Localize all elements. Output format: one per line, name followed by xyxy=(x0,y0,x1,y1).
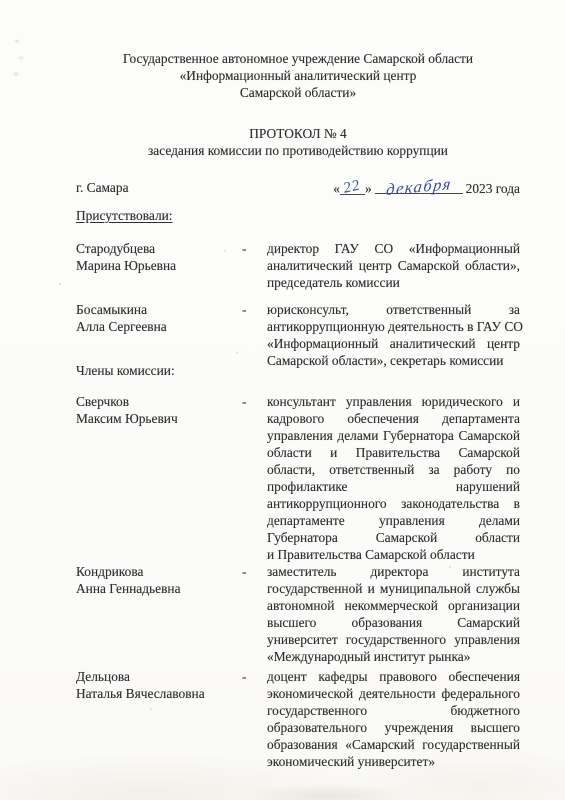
attendee-name-line: Сверчков xyxy=(76,393,242,410)
scanned-protocol-page: Государственное автономное учреждение Са… xyxy=(0,0,565,800)
attendee-name-line: Кондрикова xyxy=(76,563,242,580)
handwritten-month: декабря xyxy=(385,175,453,198)
title-block: ПРОТОКОЛ № 4 заседания комиссии по проти… xyxy=(76,125,520,159)
attendee-role-line: области и Правительства Самарской xyxy=(267,444,520,461)
separator-dash: - xyxy=(242,240,267,257)
attendee-role-line: образовательного учреждения высшего xyxy=(267,719,520,736)
close-quote: » xyxy=(365,181,372,196)
scan-smudge xyxy=(10,34,30,82)
attendee-role-line: и Правительства Самарской области xyxy=(267,546,520,563)
attendee-name-line: Стародубцева xyxy=(76,240,242,257)
attendee-role-line: кадрового обеспечения департамента xyxy=(267,410,520,427)
attendee-role-line: Самарской области», секретарь комиссии xyxy=(267,352,520,369)
org-name-line: Самарской области» xyxy=(76,84,520,101)
date-group: «22»декабря2023 года xyxy=(333,179,520,197)
attendee-role: консультант управления юридического икад… xyxy=(267,393,520,563)
dateline: г. Самара «22»декабря2023 года xyxy=(76,179,520,196)
attendees-heading: Присутствовали: xyxy=(76,207,520,224)
org-name-line: Государственное автономное учреждение Са… xyxy=(76,50,520,67)
attendee-role-line: профилактике нарушений xyxy=(267,478,520,495)
attendee-role: юрисконсульт, ответственный заантикорруп… xyxy=(267,301,520,369)
leadership-rows: СтародубцеваМарина Юрьевна-директор ГАУ … xyxy=(76,240,520,369)
attendee-role-line: доцент кафедры правового обеспечения xyxy=(267,668,520,685)
attendee-name: КондриковаАнна Геннадьевна xyxy=(76,563,242,597)
attendee-role-line: антикоррупционную деятельность в ГАУ СО xyxy=(267,318,520,335)
attendee-role-line: департаменте управления делами xyxy=(267,512,520,529)
members-rows: СверчковМаксим Юрьевич-консультант управ… xyxy=(76,393,520,770)
separator-dash: - xyxy=(242,668,267,685)
attendee-role: заместитель директора институтагосударст… xyxy=(267,563,520,665)
attendee-role-line: образования «Самарский государственный xyxy=(267,736,520,753)
attendee-row: ДельцоваНаталья Вячеславовна-доцент кафе… xyxy=(76,668,520,770)
city-label: г. Самара xyxy=(76,179,129,196)
attendee-role-line: области, ответственный за работу по xyxy=(267,461,520,478)
attendee-role-line: аналитический центр Самарской области», xyxy=(267,257,520,274)
attendee-name-line: Анна Геннадьевна xyxy=(76,580,242,597)
attendee-name-line: Дельцова xyxy=(76,668,242,685)
attendee-role-line: «Информационный аналитический центр xyxy=(267,335,520,352)
attendee-role-line: Губернатора Самарской области xyxy=(267,529,520,546)
attendee-row: СверчковМаксим Юрьевич-консультант управ… xyxy=(76,393,520,563)
attendee-role-line: председатель комиссии xyxy=(267,274,520,291)
document-subtitle: заседания комиссии по противодействию ко… xyxy=(76,142,520,159)
attendee-role-line: экономический университет» xyxy=(267,753,520,770)
document-title: ПРОТОКОЛ № 4 xyxy=(76,125,520,142)
attendee-role-line: управления делами Губернатора Самарской xyxy=(267,427,520,444)
attendee-name: ДельцоваНаталья Вячеславовна xyxy=(76,668,242,702)
attendee-role-line: «Международный институт рынка» xyxy=(267,648,520,665)
attendee-role-line: директор ГАУ СО «Информационный xyxy=(267,240,520,257)
attendee-name-line: Максим Юрьевич xyxy=(76,410,242,427)
month-blank-underline: декабря xyxy=(375,179,463,194)
attendee-role-line: антикоррупционного законодательства в xyxy=(267,495,520,512)
year-suffix: 2023 года xyxy=(466,181,520,196)
attendee-row: КондриковаАнна Геннадьевна-заместитель д… xyxy=(76,563,520,665)
attendee-role-line: государственного бюджетного xyxy=(267,702,520,719)
attendee-role-line: высшего образования Самарский xyxy=(267,614,520,631)
scan-speck xyxy=(59,283,61,285)
attendee-name: СверчковМаксим Юрьевич xyxy=(76,393,242,427)
attendee-name: БосамыкинаАлла Сергеевна xyxy=(76,301,242,335)
attendee-row: БосамыкинаАлла Сергеевна-юрисконсульт, о… xyxy=(76,301,520,369)
attendee-name-line: Марина Юрьевна xyxy=(76,257,242,274)
org-header: Государственное автономное учреждение Са… xyxy=(76,0,520,101)
attendee-name: СтародубцеваМарина Юрьевна xyxy=(76,240,242,274)
attendee-role-line: государственной и муниципальной службы xyxy=(267,580,520,597)
attendee-row: СтародубцеваМарина Юрьевна-директор ГАУ … xyxy=(76,240,520,291)
attendee-role-line: автономной некоммерческой организации xyxy=(267,597,520,614)
attendee-name-line: Наталья Вячеславовна xyxy=(76,685,242,702)
day-blank-underline: 22 xyxy=(340,180,365,195)
attendee-role-line: юрисконсульт, ответственный за xyxy=(267,301,520,318)
members-heading-text: Члены комиссии: xyxy=(76,363,175,378)
attendee-name-line: Алла Сергеевна xyxy=(76,318,242,335)
attendee-name-line: Босамыкина xyxy=(76,301,242,318)
attendee-role: директор ГАУ СО «Информационныйаналитиче… xyxy=(267,240,520,291)
attendee-role-line: университет государственного управления xyxy=(267,631,520,648)
attendee-role-line: экономической деятельности федерального xyxy=(267,685,520,702)
separator-dash: - xyxy=(242,393,267,410)
attendee-role-line: заместитель директора института xyxy=(267,563,520,580)
attendees-heading-text: Присутствовали: xyxy=(76,208,173,223)
document-content: Государственное автономное учреждение Са… xyxy=(76,0,520,770)
open-quote: « xyxy=(333,181,340,196)
org-name-line: «Информационный аналитический центр xyxy=(76,67,520,84)
separator-dash: - xyxy=(242,301,267,318)
attendee-role: доцент кафедры правового обеспеченияэкон… xyxy=(267,668,520,770)
separator-dash: - xyxy=(242,563,267,580)
attendee-role-line: консультант управления юридического и xyxy=(267,393,520,410)
handwritten-day: 22 xyxy=(342,177,362,197)
